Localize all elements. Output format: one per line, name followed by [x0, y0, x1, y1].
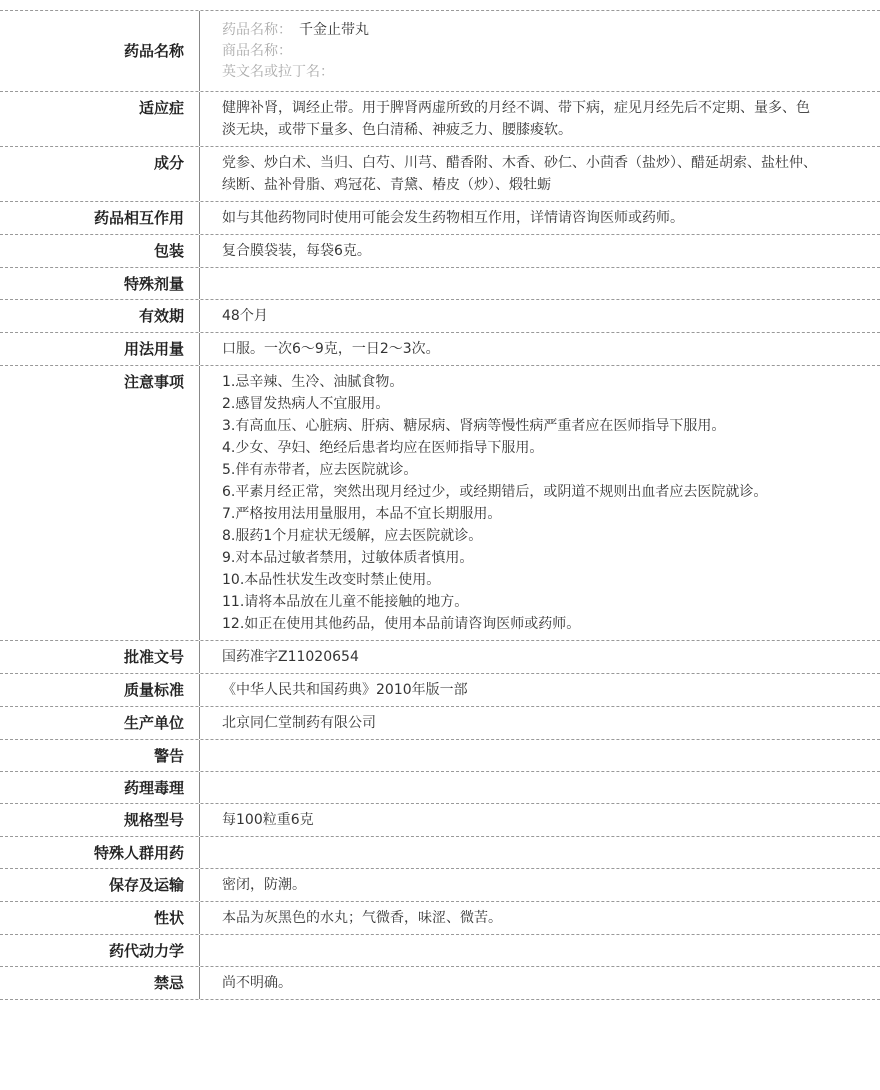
row-pharmacokinetics: 药代动力学 — [0, 934, 880, 966]
row-label-drug-name: 药品名称 — [0, 11, 200, 91]
row-value-quality-standard: 《中华人民共和国药典》2010年版一部 — [200, 674, 880, 706]
trade-name-line: 商品名称： — [222, 41, 820, 62]
row-label-drug-interactions: 药品相互作用 — [0, 202, 200, 234]
row-value-drug-name: 药品名称：千金止带丸 商品名称： 英文名或拉丁名： — [200, 11, 880, 91]
row-label-storage-transport: 保存及运输 — [0, 869, 200, 901]
row-label-contraindications: 禁忌 — [0, 967, 200, 999]
precaution-item: 7.严格按用法用量服用，本品不宜长期服用。 — [222, 503, 820, 525]
row-value-storage-transport: 密闭，防潮。 — [200, 869, 880, 901]
precaution-item: 2.感冒发热病人不宜服用。 — [222, 393, 820, 415]
row-label-packaging: 包装 — [0, 235, 200, 267]
row-value-contraindications: 尚不明确。 — [200, 967, 880, 999]
row-value-special-populations — [200, 837, 880, 868]
precaution-item: 5.伴有赤带者，应去医院就诊。 — [222, 459, 820, 481]
row-warning: 警告 — [0, 739, 880, 771]
precaution-item: 11.请将本品放在儿童不能接触的地方。 — [222, 591, 820, 613]
row-special-populations: 特殊人群用药 — [0, 836, 880, 868]
row-description: 性状 本品为灰黑色的水丸；气微香，味涩、微苦。 — [0, 901, 880, 934]
drug-name-line: 药品名称：千金止带丸 — [222, 20, 820, 41]
row-value-shelf-life: 48个月 — [200, 300, 880, 332]
precaution-item: 3.有高血压、心脏病、肝病、糖尿病、肾病等慢性病严重者应在医师指导下服用。 — [222, 415, 820, 437]
row-label-quality-standard: 质量标准 — [0, 674, 200, 706]
row-contraindications: 禁忌 尚不明确。 — [0, 966, 880, 999]
row-packaging: 包装 复合膜袋装，每袋6克。 — [0, 234, 880, 267]
row-value-pharmacokinetics — [200, 935, 880, 966]
row-value-special-dosage — [200, 268, 880, 299]
row-indications: 适应症 健脾补肾，调经止带。用于脾肾两虚所致的月经不调、带下病，症见月经先后不定… — [0, 91, 880, 146]
row-label-pharmacology-toxicology: 药理毒理 — [0, 772, 200, 803]
row-label-dosage-administration: 用法用量 — [0, 333, 200, 365]
row-label-precautions: 注意事项 — [0, 366, 200, 640]
row-label-indications: 适应症 — [0, 92, 200, 146]
precaution-item: 1.忌辛辣、生冷、油腻食物。 — [222, 371, 820, 393]
row-drug-interactions: 药品相互作用 如与其他药物同时使用可能会发生药物相互作用，详情请咨询医师或药师。 — [0, 201, 880, 234]
row-value-pharmacology-toxicology — [200, 772, 880, 803]
row-label-pharmacokinetics: 药代动力学 — [0, 935, 200, 966]
row-drug-name: 药品名称 药品名称：千金止带丸 商品名称： 英文名或拉丁名： — [0, 11, 880, 91]
row-label-manufacturer: 生产单位 — [0, 707, 200, 739]
row-storage-transport: 保存及运输 密闭，防潮。 — [0, 868, 880, 901]
row-pharmacology-toxicology: 药理毒理 — [0, 771, 880, 803]
drug-name-value: 千金止带丸 — [299, 22, 369, 38]
precaution-item: 4.少女、孕妇、绝经后患者均应在医师指导下服用。 — [222, 437, 820, 459]
row-quality-standard: 质量标准 《中华人民共和国药典》2010年版一部 — [0, 673, 880, 706]
row-value-precautions: 1.忌辛辣、生冷、油腻食物。 2.感冒发热病人不宜服用。 3.有高血压、心脏病、… — [200, 366, 880, 640]
precaution-item: 9.对本品过敏者禁用，过敏体质者慎用。 — [222, 547, 820, 569]
row-value-indications: 健脾补肾，调经止带。用于脾肾两虚所致的月经不调、带下病，症见月经先后不定期、量多… — [200, 92, 880, 146]
row-ingredients: 成分 党参、炒白术、当归、白芍、川芎、醋香附、木香、砂仁、小茴香（盐炒）、醋延胡… — [0, 146, 880, 201]
row-label-warning: 警告 — [0, 740, 200, 771]
row-value-approval-number: 国药准字Z11020654 — [200, 641, 880, 673]
latin-name-line: 英文名或拉丁名： — [222, 62, 820, 83]
precaution-item: 6.平素月经正常，突然出现月经过少，或经期错后，或阴道不规则出血者应去医院就诊。 — [222, 481, 820, 503]
row-manufacturer: 生产单位 北京同仁堂制药有限公司 — [0, 706, 880, 739]
row-label-special-dosage: 特殊剂量 — [0, 268, 200, 299]
row-label-shelf-life: 有效期 — [0, 300, 200, 332]
row-value-warning — [200, 740, 880, 771]
row-label-ingredients: 成分 — [0, 147, 200, 201]
row-value-dosage-administration: 口服。一次6～9克，一日2～3次。 — [200, 333, 880, 365]
row-label-specification: 规格型号 — [0, 804, 200, 836]
row-label-special-populations: 特殊人群用药 — [0, 837, 200, 868]
row-label-description: 性状 — [0, 902, 200, 934]
precaution-item: 12.如正在使用其他药品，使用本品前请咨询医师或药师。 — [222, 613, 820, 635]
drug-name-prefix: 药品名称： — [222, 22, 292, 38]
drug-info-table: 药品名称 药品名称：千金止带丸 商品名称： 英文名或拉丁名： 适应症 健脾补肾，… — [0, 10, 880, 1000]
row-value-ingredients: 党参、炒白术、当归、白芍、川芎、醋香附、木香、砂仁、小茴香（盐炒）、醋延胡索、盐… — [200, 147, 880, 201]
row-dosage-administration: 用法用量 口服。一次6～9克，一日2～3次。 — [0, 332, 880, 365]
row-approval-number: 批准文号 国药准字Z11020654 — [0, 640, 880, 673]
row-value-description: 本品为灰黑色的水丸；气微香，味涩、微苦。 — [200, 902, 880, 934]
precaution-item: 10.本品性状发生改变时禁止使用。 — [222, 569, 820, 591]
row-value-packaging: 复合膜袋装，每袋6克。 — [200, 235, 880, 267]
row-precautions: 注意事项 1.忌辛辣、生冷、油腻食物。 2.感冒发热病人不宜服用。 3.有高血压… — [0, 365, 880, 640]
row-special-dosage: 特殊剂量 — [0, 267, 880, 299]
row-shelf-life: 有效期 48个月 — [0, 299, 880, 332]
row-specification: 规格型号 每100粒重6克 — [0, 803, 880, 836]
row-value-specification: 每100粒重6克 — [200, 804, 880, 836]
row-value-manufacturer: 北京同仁堂制药有限公司 — [200, 707, 880, 739]
row-label-approval-number: 批准文号 — [0, 641, 200, 673]
row-value-drug-interactions: 如与其他药物同时使用可能会发生药物相互作用，详情请咨询医师或药师。 — [200, 202, 880, 234]
precaution-item: 8.服药1个月症状无缓解，应去医院就诊。 — [222, 525, 820, 547]
